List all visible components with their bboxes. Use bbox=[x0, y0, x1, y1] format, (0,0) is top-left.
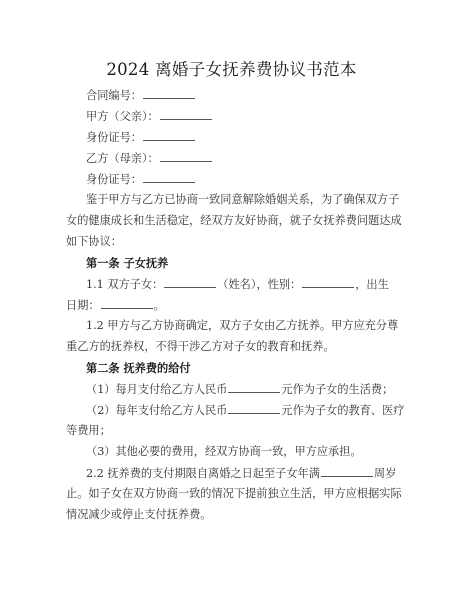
payment-item-1: （1）每月支付给乙方人民币元作为子女的生活费； bbox=[86, 382, 393, 397]
payment-item-2-line-2: 等费用； bbox=[66, 424, 111, 438]
document-page: 2024 离婚子女抚养费协议书范本 合同编号： 甲方（父亲）： 身份证号： 乙方… bbox=[0, 0, 463, 600]
field-label: 甲方（父亲）： bbox=[86, 110, 159, 123]
field-label: 乙方（母亲）： bbox=[86, 152, 159, 165]
clause-1-1: 1.1 双方子女：（姓名），性别：，出生 bbox=[86, 277, 389, 292]
field-label: 身份证号： bbox=[86, 173, 142, 186]
birth-date-blank[interactable] bbox=[101, 298, 153, 309]
payment-item-2: （2）每年支付给乙方人民币元作为子女的教育、医疗 bbox=[86, 403, 404, 418]
clause-1-1-line-2: 日期：。 bbox=[66, 298, 165, 313]
party-b-id-blank[interactable] bbox=[143, 172, 195, 183]
field-label: 身份证号： bbox=[86, 131, 142, 144]
preamble-line-2: 女的健康成长和生活稳定，经双方友好协商，就子女抚养费问题达成 bbox=[66, 214, 402, 228]
child-gender-blank[interactable] bbox=[302, 277, 354, 288]
preamble-line-1: 鉴于甲方与乙方已协商一致同意解除婚姻关系，为了确保双方子 bbox=[86, 193, 399, 207]
clause-2-2-suffix: 周岁 bbox=[374, 467, 396, 480]
party-a-blank[interactable] bbox=[160, 109, 212, 120]
clause-2-2-line-1: 2.2 抚养费的支付期限自离婚之日起至子女年满周岁 bbox=[86, 466, 396, 481]
field-party-b: 乙方（母亲）： bbox=[86, 151, 213, 166]
preamble-line-3: 如下协议： bbox=[66, 235, 122, 249]
yearly-amount-blank[interactable] bbox=[228, 403, 280, 414]
field-party-b-id: 身份证号： bbox=[86, 172, 196, 187]
clause-1-2-line-2: 重乙方的抚养权，不得干涉乙方对子女的教育和抚养。 bbox=[66, 340, 335, 354]
document-title: 2024 离婚子女抚养费协议书范本 bbox=[0, 56, 463, 80]
item-2-prefix: （2）每年支付给乙方人民币 bbox=[86, 404, 227, 417]
article-2-heading: 第二条 抚养费的给付 bbox=[86, 361, 191, 375]
party-a-id-blank[interactable] bbox=[143, 130, 195, 141]
clause-1-2-line-1: 1.2 甲方与乙方协商确定，双方子女由乙方抚养。甲方应充分尊 bbox=[86, 319, 398, 333]
contract-number-blank[interactable] bbox=[143, 88, 195, 99]
monthly-amount-blank[interactable] bbox=[228, 382, 280, 393]
clause-2-2-line-3: 情况减少或停止支付抚养费。 bbox=[66, 508, 211, 522]
item-1-prefix: （1）每月支付给乙方人民币 bbox=[86, 383, 227, 396]
field-contract-number: 合同编号： bbox=[86, 88, 196, 103]
item-1-suffix: 元作为子女的生活费； bbox=[281, 383, 393, 396]
article-1-heading: 第一条 子女抚养 bbox=[86, 256, 168, 270]
child-name-blank[interactable] bbox=[164, 277, 216, 288]
field-party-a-id: 身份证号： bbox=[86, 130, 196, 145]
party-b-blank[interactable] bbox=[160, 151, 212, 162]
age-limit-blank[interactable] bbox=[321, 466, 373, 477]
clause-2-2-prefix: 2.2 抚养费的支付期限自离婚之日起至子女年满 bbox=[86, 467, 320, 480]
clause-1-1-prefix: 1.1 双方子女： bbox=[86, 278, 163, 291]
field-party-a: 甲方（父亲）： bbox=[86, 109, 213, 124]
birth-date-label: 日期： bbox=[66, 299, 100, 312]
clause-1-1-end: ，出生 bbox=[355, 278, 389, 291]
period: 。 bbox=[154, 299, 165, 312]
clause-2-2-line-2: 止。如子女在双方协商一致的情况下提前独立生活，甲方应根据实际 bbox=[66, 487, 402, 501]
field-label: 合同编号： bbox=[86, 89, 142, 102]
payment-item-3: （3）其他必要的费用，经双方协商一致，甲方应承担。 bbox=[86, 445, 362, 459]
item-2-suffix: 元作为子女的教育、医疗 bbox=[281, 404, 404, 417]
clause-1-1-mid: （姓名），性别： bbox=[217, 278, 301, 291]
